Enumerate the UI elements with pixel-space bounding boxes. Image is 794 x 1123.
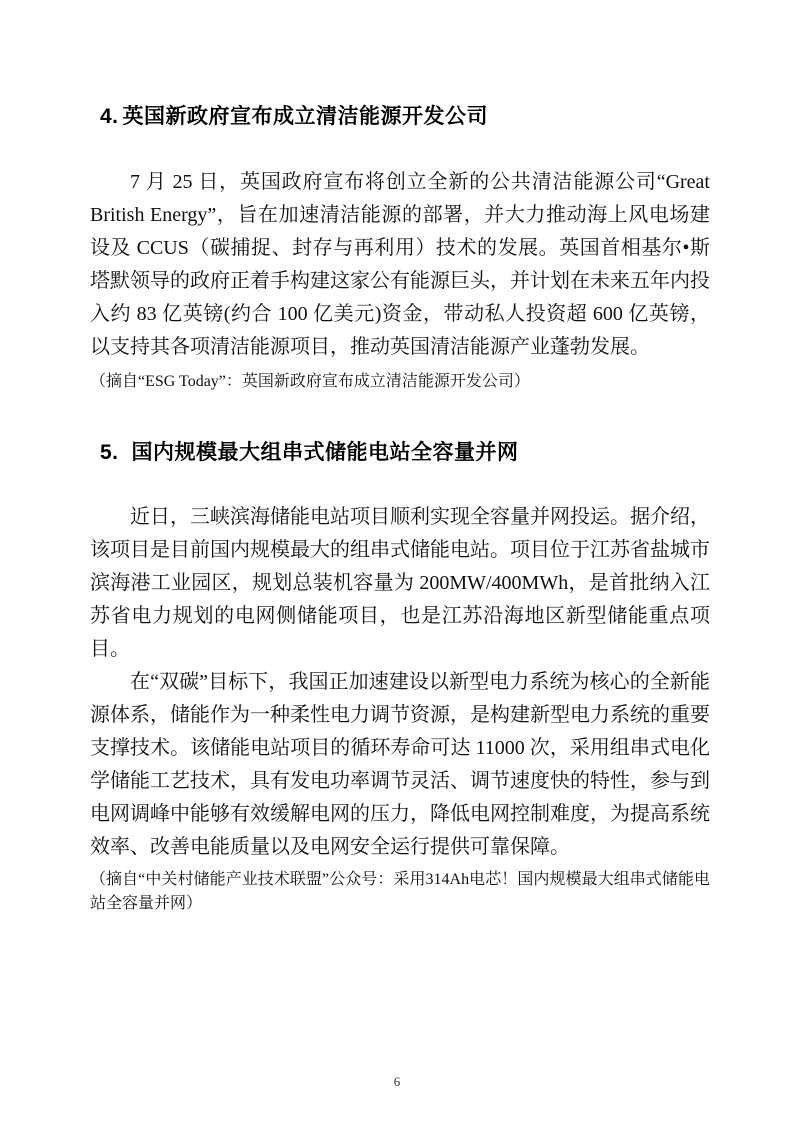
page-footer: 6 — [0, 1073, 794, 1091]
document-page: 4.英国新政府宣布成立清洁能源开发公司 7 月 25 日，英国政府宣布将创立全新… — [0, 0, 794, 1123]
section-title: 国内规模最大组串式储能电站全容量并网 — [132, 441, 519, 464]
section-uk-clean-energy-company: 4.英国新政府宣布成立清洁能源开发公司 7 月 25 日，英国政府宣布将创立全新… — [90, 102, 710, 394]
section-string-storage-grid-connection: 5.国内规模最大组串式储能电站全容量并网 近日，三峡滨海储能电站项目顺利实现全容… — [90, 438, 710, 916]
page-content: 4.英国新政府宣布成立清洁能源开发公司 7 月 25 日，英国政府宣布将创立全新… — [90, 0, 710, 916]
paragraph: 近日，三峡滨海储能电站项目顺利实现全容量并网投运。据介绍，该项目是目前国内规模最… — [90, 501, 710, 666]
section-heading: 4.英国新政府宣布成立清洁能源开发公司 — [90, 102, 710, 132]
section-number: 5. — [100, 441, 119, 464]
paragraph: 7 月 25 日，英国政府宣布将创立全新的公共清洁能源公司“Great Brit… — [90, 166, 710, 364]
paragraph: 在“双碳”目标下，我国正加速建设以新型电力系统为核心的全新能源体系，储能作为一种… — [90, 666, 710, 864]
page-number: 6 — [394, 1074, 401, 1089]
citation-source: （摘自“ESG Today”：英国新政府宣布成立清洁能源开发公司） — [90, 370, 710, 394]
citation-source: （摘自“中关村储能产业技术联盟”公众号：采用314Ah电芯！国内规模最大组串式储… — [90, 868, 710, 916]
section-number: 4. — [100, 105, 119, 128]
section-heading: 5.国内规模最大组串式储能电站全容量并网 — [90, 438, 710, 468]
section-title: 英国新政府宣布成立清洁能源开发公司 — [123, 105, 489, 128]
